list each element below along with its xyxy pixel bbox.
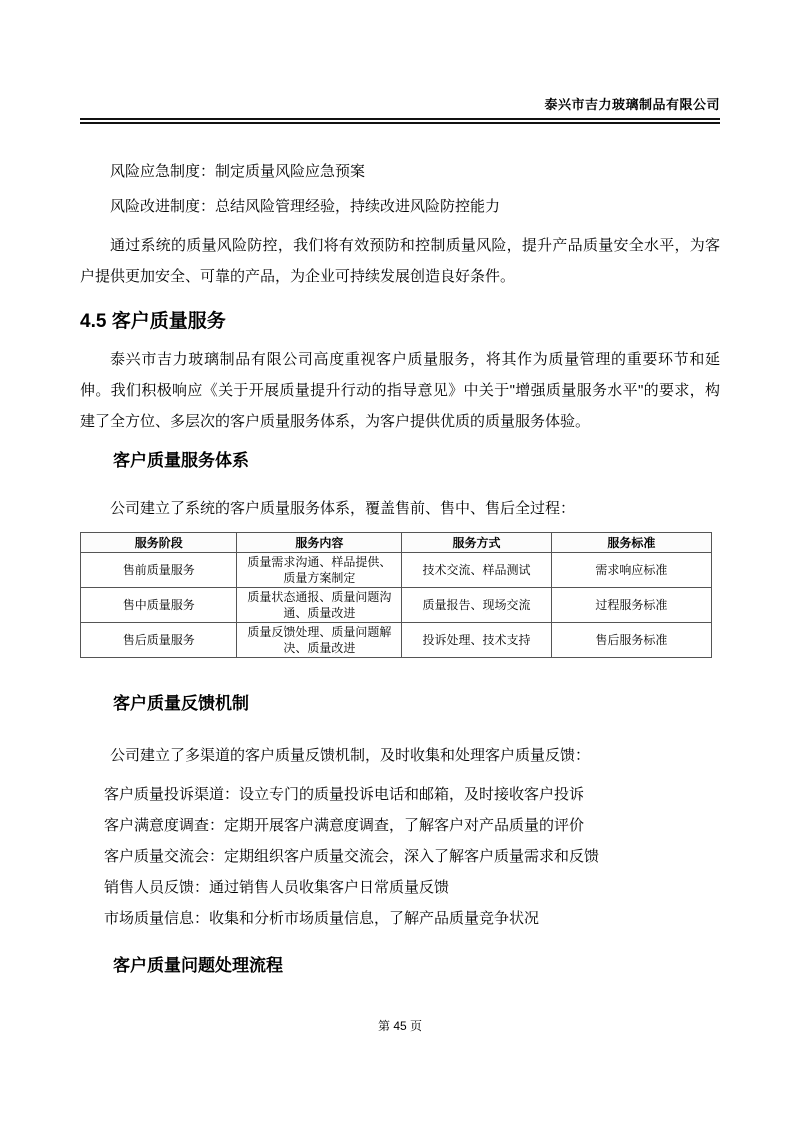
section-4-5-intro-paragraph: 泰兴市吉力玻璃制品有限公司高度重视客户质量服务，将其作为质量管理的重要环节和延伸… <box>80 344 720 437</box>
header-double-rule <box>80 118 720 124</box>
feedback-items-list: 客户质量投诉渠道：设立专门的质量投诉电话和邮箱，及时接收客户投诉 客户满意度调查… <box>80 779 720 934</box>
table-row: 售中质量服务 质量状态通报、质量问题沟通、质量改进 质量报告、现场交流 过程服务… <box>81 588 712 623</box>
feedback-item: 客户满意度调查：定期开展客户满意度调查，了解客户对产品质量的评价 <box>80 810 720 841</box>
table-header-row: 服务阶段 服务内容 服务方式 服务标准 <box>81 533 712 553</box>
table-cell: 售后质量服务 <box>81 623 237 658</box>
table-cell: 质量反馈处理、质量问题解决、质量改进 <box>237 623 402 658</box>
table-cell: 技术交流、样品测试 <box>402 553 552 588</box>
table-cell: 过程服务标准 <box>551 588 711 623</box>
table-row: 售前质量服务 质量需求沟通、样品提供、质量方案制定 技术交流、样品测试 需求响应… <box>81 553 712 588</box>
feedback-item: 客户质量投诉渠道：设立专门的质量投诉电话和邮箱，及时接收客户投诉 <box>80 779 720 810</box>
table-cell: 质量需求沟通、样品提供、质量方案制定 <box>237 553 402 588</box>
feedback-item: 销售人员反馈：通过销售人员收集客户日常质量反馈 <box>80 872 720 903</box>
subheading-service-system: 客户质量服务体系 <box>80 449 720 473</box>
table-row: 售后质量服务 质量反馈处理、质量问题解决、质量改进 投诉处理、技术支持 售后服务… <box>81 623 712 658</box>
document-page: 泰兴市吉力玻璃制品有限公司 风险应急制度：制定质量风险应急预案 风险改进制度：总… <box>0 0 800 1131</box>
page-number: 第 45 页 <box>0 1018 800 1034</box>
risk-item: 风险应急制度：制定质量风险应急预案 <box>80 154 720 189</box>
page-content: 泰兴市吉力玻璃制品有限公司 风险应急制度：制定质量风险应急预案 风险改进制度：总… <box>80 0 720 978</box>
table-cell: 售前质量服务 <box>81 553 237 588</box>
table-cell: 需求响应标准 <box>551 553 711 588</box>
section-heading-4-5: 4.5 客户质量服务 <box>80 308 720 336</box>
feedback-intro-paragraph: 公司建立了多渠道的客户质量反馈机制，及时收集和处理客户质量反馈： <box>80 740 720 771</box>
table-cell: 质量状态通报、质量问题沟通、质量改进 <box>237 588 402 623</box>
risk-item: 风险改进制度：总结风险管理经验，持续改进风险防控能力 <box>80 189 720 224</box>
subheading-problem-process: 客户质量问题处理流程 <box>80 954 720 978</box>
risk-summary-paragraph: 通过系统的质量风险防控，我们将有效预防和控制质量风险，提升产品质量安全水平，为客… <box>80 230 720 292</box>
table-header-standard: 服务标准 <box>551 533 711 553</box>
subheading-feedback-mechanism: 客户质量反馈机制 <box>80 692 720 716</box>
table-cell: 投诉处理、技术支持 <box>402 623 552 658</box>
table-header-method: 服务方式 <box>402 533 552 553</box>
service-system-intro-paragraph: 公司建立了系统的客户质量服务体系，覆盖售前、售中、售后全过程： <box>80 493 720 524</box>
header-company-name: 泰兴市吉力玻璃制品有限公司 <box>80 96 720 114</box>
table-header-stage: 服务阶段 <box>81 533 237 553</box>
feedback-item: 市场质量信息：收集和分析市场质量信息，了解产品质量竞争状况 <box>80 903 720 934</box>
risk-items-block: 风险应急制度：制定质量风险应急预案 风险改进制度：总结风险管理经验，持续改进风险… <box>80 154 720 224</box>
table-header-content: 服务内容 <box>237 533 402 553</box>
table-cell: 质量报告、现场交流 <box>402 588 552 623</box>
feedback-item: 客户质量交流会：定期组织客户质量交流会，深入了解客户质量需求和反馈 <box>80 841 720 872</box>
service-system-table: 服务阶段 服务内容 服务方式 服务标准 售前质量服务 质量需求沟通、样品提供、质… <box>80 532 712 658</box>
table-cell: 售后服务标准 <box>551 623 711 658</box>
table-cell: 售中质量服务 <box>81 588 237 623</box>
